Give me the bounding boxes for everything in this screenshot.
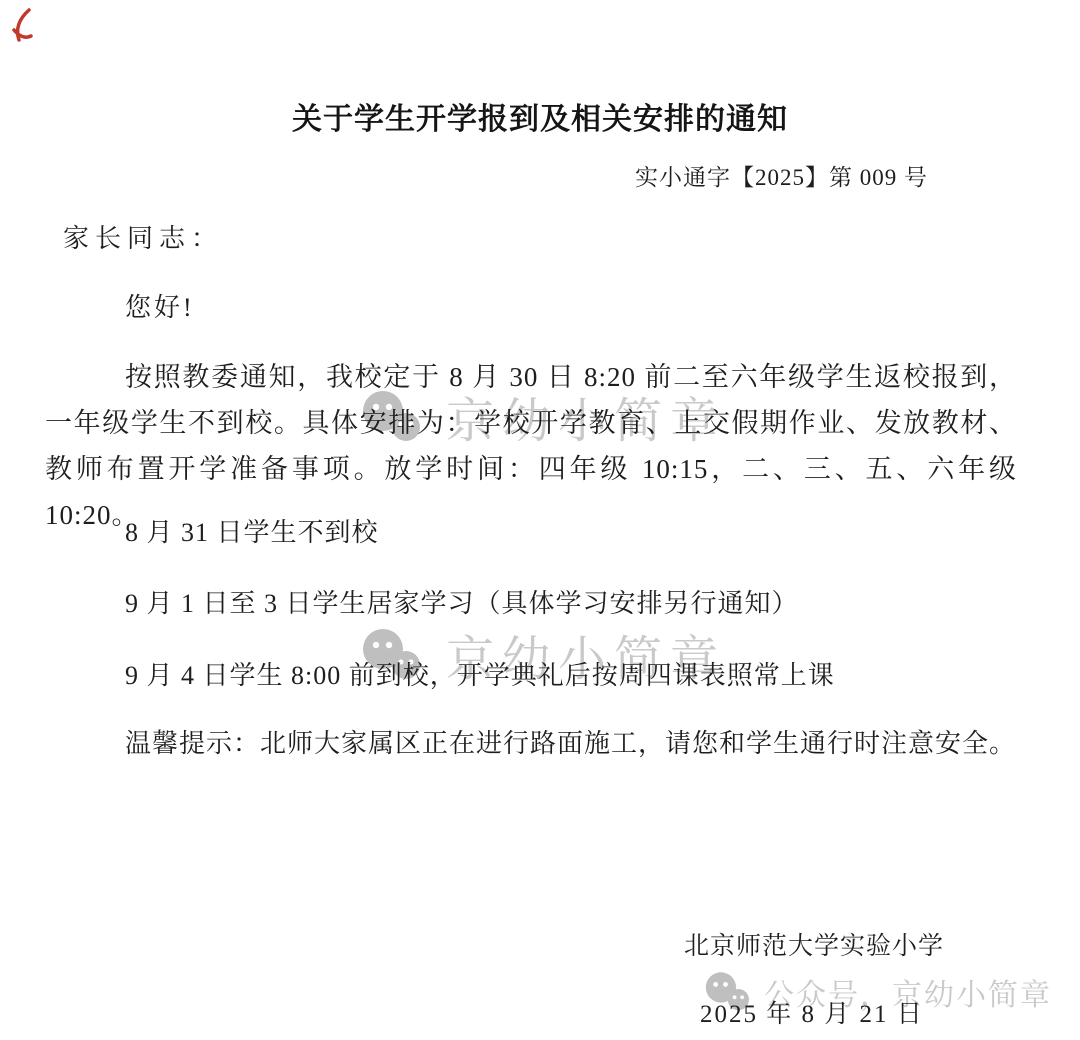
greeting: 您好! [125,287,195,324]
schedule-item: 8 月 31 日学生不到校 [125,512,379,549]
notice-document: 京幼小简章 京幼小简章 公众号，京幼小简章 关于学生开学报到及相关安排的通知 实… [0,0,1080,1040]
doc-number: 实小通字【2025】第 009 号 [635,159,928,192]
red-pen-mark [8,6,36,50]
document-date: 2025 年 8 月 21 日 [700,994,924,1030]
body-paragraph: 按照教委通知，我校定于 8 月 30 日 8:20 前二至六年级学生返校报到，一… [45,354,1017,538]
salutation: 家长同志： [63,218,223,255]
signature: 北京师范大学实验小学 [684,926,944,962]
notice-title: 关于学生开学报到及相关安排的通知 [0,94,1080,138]
schedule-item: 9 月 1 日至 3 日学生居家学习（具体学习安排另行通知） [125,583,799,620]
schedule-item: 9 月 4 日学生 8:00 前到校，开学典礼后按周四课表照常上课 [125,655,835,692]
schedule-item: 温馨提示：北师大家属区正在进行路面施工，请您和学生通行时注意安全。 [125,723,1016,760]
